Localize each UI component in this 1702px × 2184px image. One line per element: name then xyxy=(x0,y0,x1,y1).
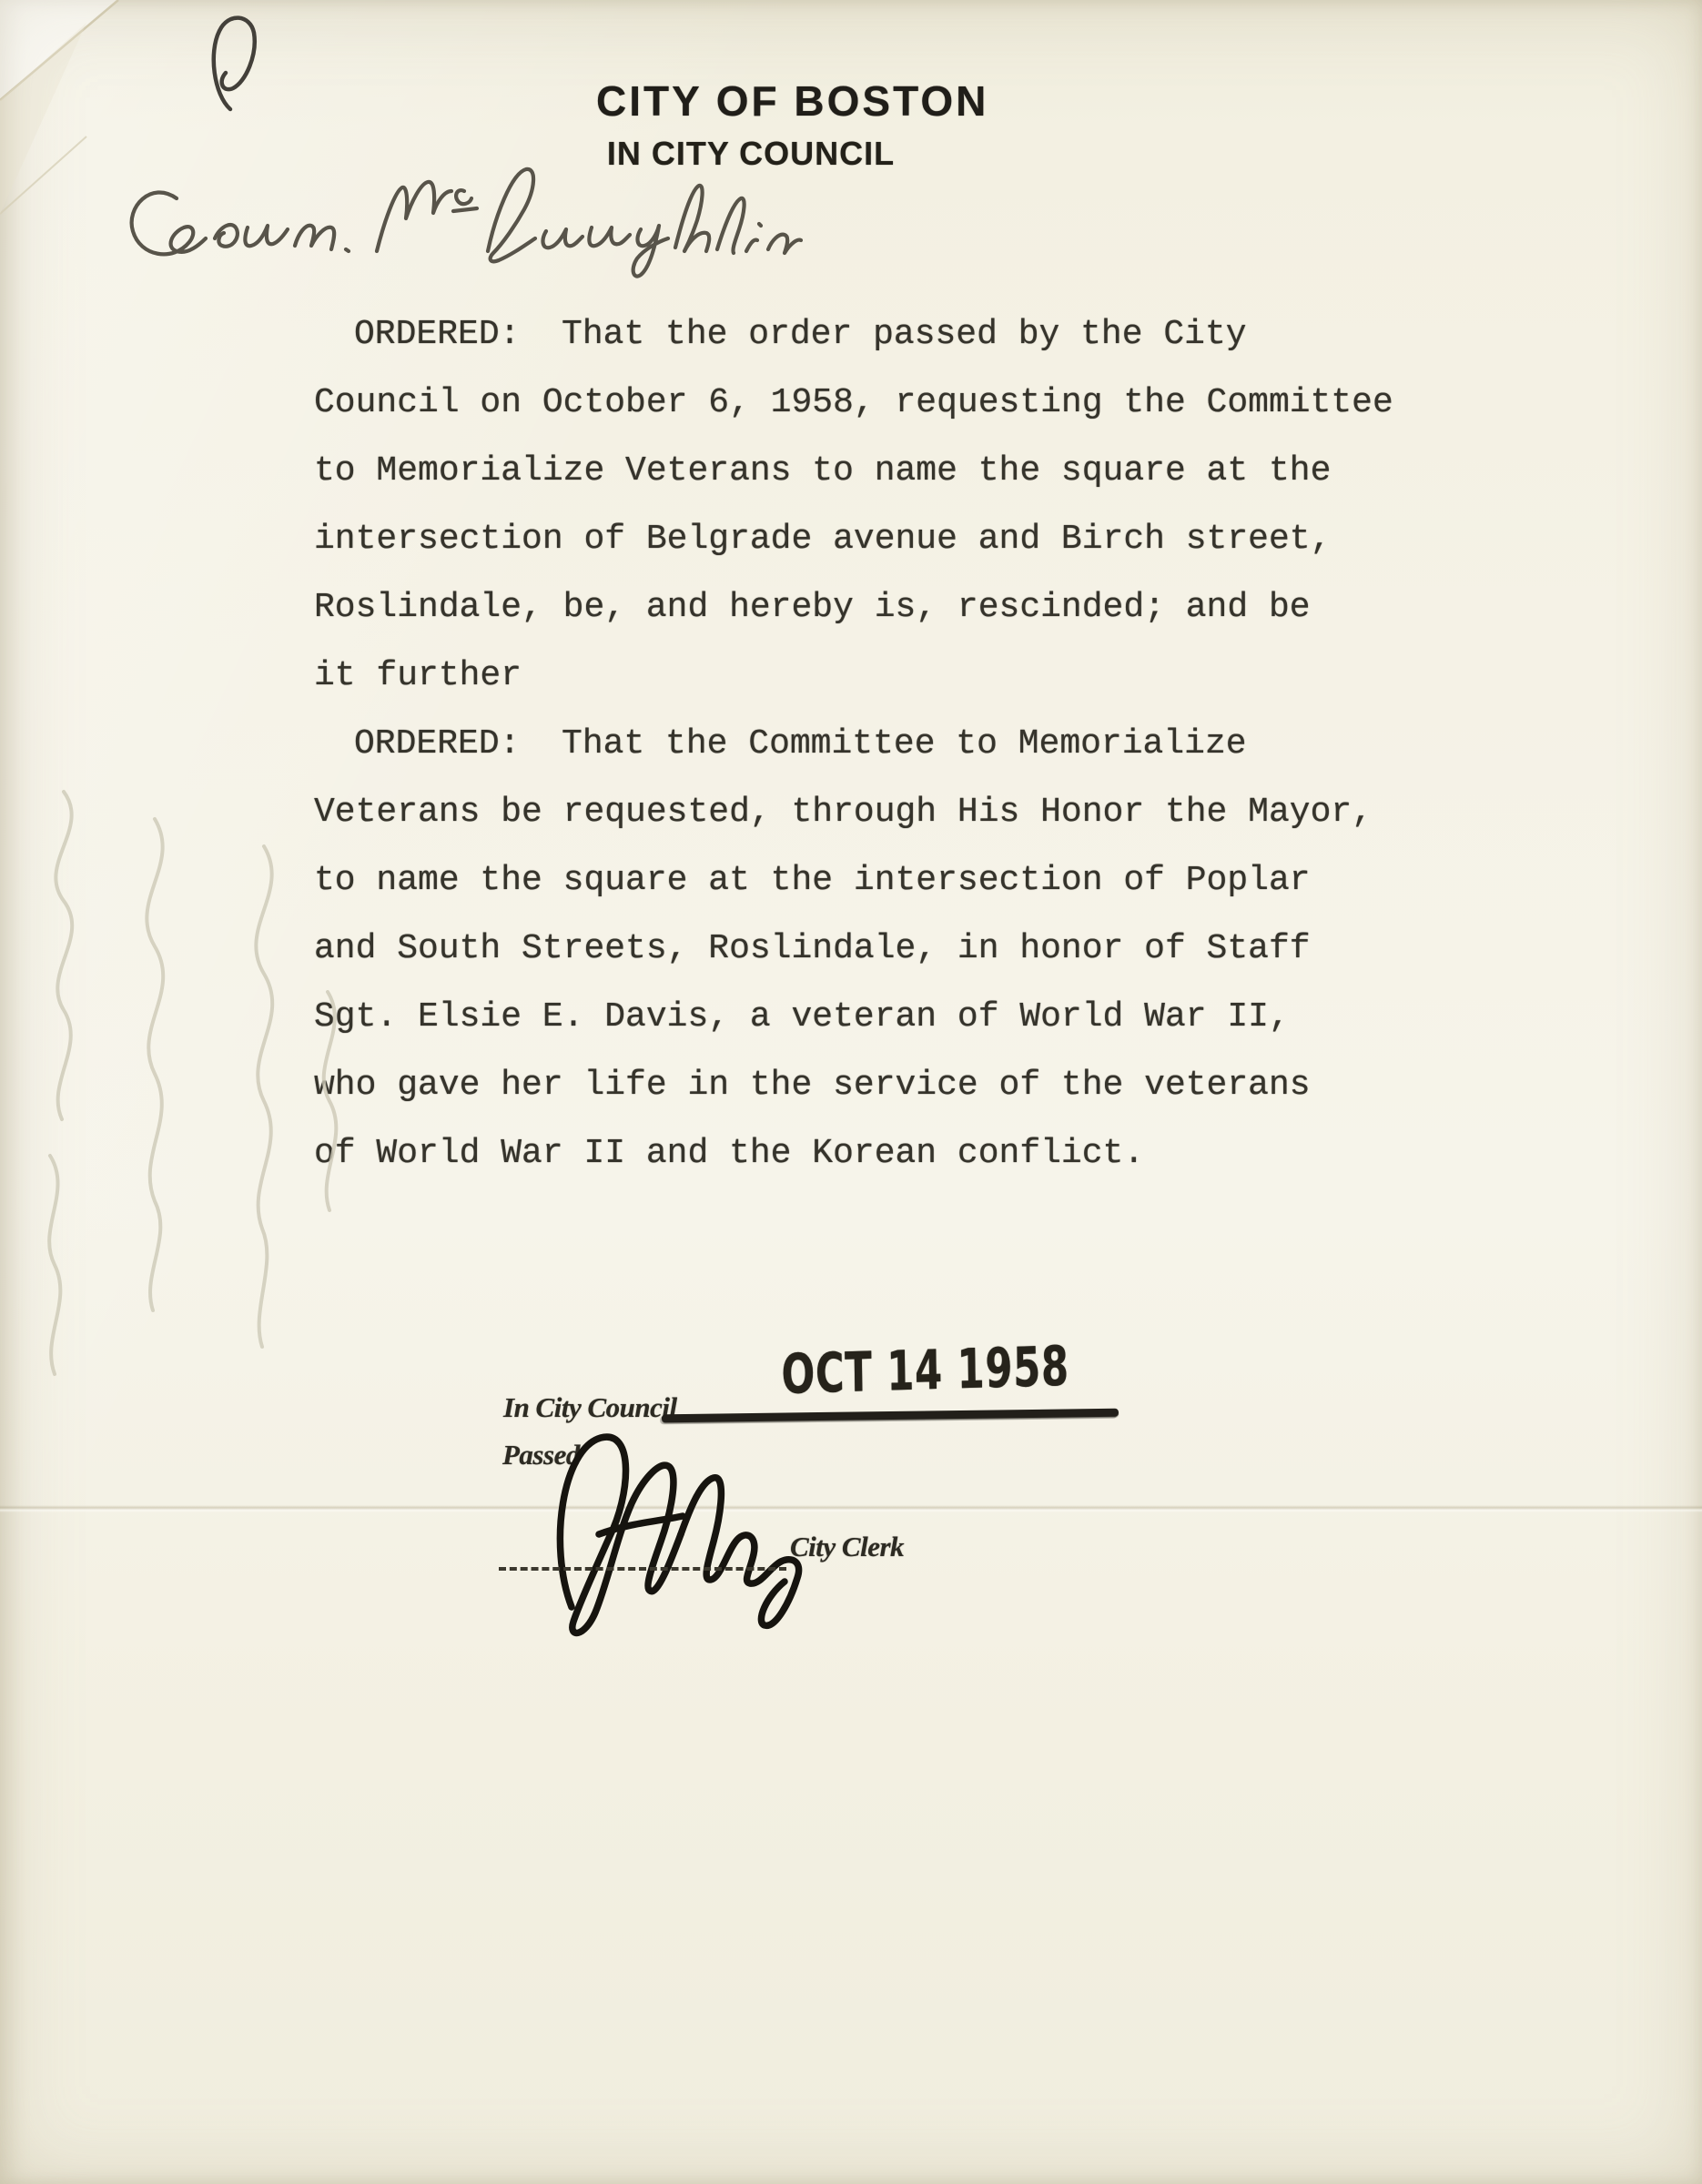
order-text-line: and South Streets, Roslindale, in honor … xyxy=(314,915,1443,983)
handwritten-p-mark xyxy=(194,13,281,118)
city-clerk-label: City Clerk xyxy=(790,1531,904,1563)
order-text-line: intersection of Belgrade avenue and Birc… xyxy=(314,505,1443,573)
order-text-line: Roslindale, be, and hereby is, rescinded… xyxy=(314,573,1443,642)
document-title: CITY OF BOSTON xyxy=(596,76,942,126)
signature-line xyxy=(499,1547,786,1571)
stamp-underline xyxy=(662,1409,1119,1423)
order-body-text: ORDERED: That the order passed by the Ci… xyxy=(314,300,1443,1188)
handwritten-annotation-coun-mclaughlin xyxy=(120,162,803,289)
order-text-line: who gave her life in the service of the … xyxy=(314,1051,1443,1119)
order-text-line: to name the square at the intersection o… xyxy=(314,846,1443,915)
order-text-line: ORDERED: That the order passed by the Ci… xyxy=(314,300,1443,369)
order-text-line: it further xyxy=(314,642,1443,710)
scanned-document-page: CITY OF BOSTON IN CITY COUNCIL ORDERED: … xyxy=(0,0,1702,2184)
order-text-line: to Memorialize Veterans to name the squa… xyxy=(314,437,1443,505)
date-stamp: OCT 14 1958 xyxy=(781,1335,1069,1407)
order-text-line: Veterans be requested, through His Honor… xyxy=(314,778,1443,846)
paper-crease-horizontal xyxy=(0,1505,1702,1512)
order-text-line: Council on October 6, 1958, requesting t… xyxy=(314,369,1443,437)
order-text-line: of World War II and the Korean conflict. xyxy=(314,1119,1443,1188)
in-city-council-label: In City Council xyxy=(503,1391,677,1424)
order-text-line: Sgt. Elsie E. Davis, a veteran of World … xyxy=(314,983,1443,1051)
order-text-line: ORDERED: That the Committee to Memoriali… xyxy=(314,710,1443,778)
